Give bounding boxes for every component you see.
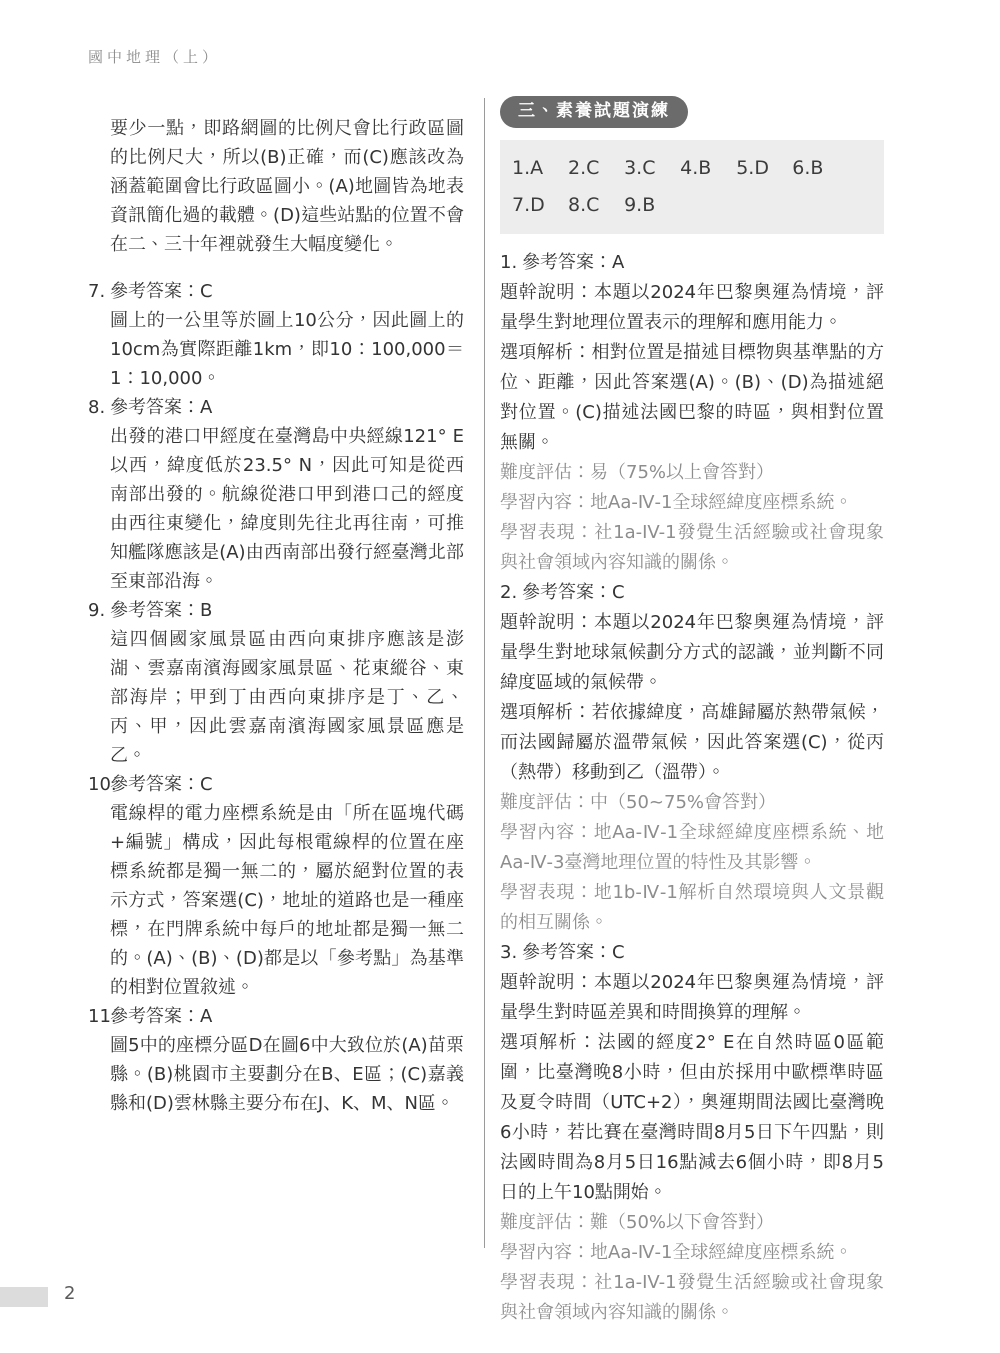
section-title-badge: 三、素養試題演練	[500, 96, 688, 128]
column-divider	[484, 98, 485, 1248]
learning-performance-note: 學習表現：地1b-Ⅳ-1解析自然環境與人文景觀的相互關係。	[500, 878, 884, 938]
footer-decoration-bar	[0, 1287, 48, 1307]
difficulty-note: 難度評估：中（50~75%會答對）	[500, 788, 884, 818]
answer-line: 參考答案：A	[522, 248, 624, 278]
learning-performance-note: 學習表現：社1a-IV-1發覺生活經驗或社會現象與社會領域內容知識的關係。	[500, 518, 884, 578]
explanation-item-1: 1. 參考答案：A 題幹說明：本題以2024年巴黎奧運為情境，評量學生對地理位置…	[500, 248, 884, 578]
item-body: 參考答案：B 這四個國家風景區由西向東排序應該是澎湖、雲嘉南濱海國家風景區、花東…	[110, 596, 464, 770]
answer-item-7: 7. 參考答案：C 圖上的一公里等於圖上10公分，因此圖上的10cm為實際距離1…	[88, 277, 464, 393]
answer-item-10: 10. 參考答案：C 電線桿的電力座標系統是由「所在區塊代碼+編號」構成，因此每…	[88, 770, 464, 1002]
item-number: 9.	[88, 596, 110, 625]
answer-heading: 1. 參考答案：A	[500, 248, 884, 278]
answer-item-9: 9. 參考答案：B 這四個國家風景區由西向東排序應該是澎湖、雲嘉南濱海國家風景區…	[88, 596, 464, 770]
answer-line: 參考答案：A	[110, 1002, 464, 1031]
page-number: 2	[64, 1283, 75, 1304]
item-number: 8.	[88, 393, 110, 422]
stem-explanation: 題幹說明：本題以2024年巴黎奧運為情境，評量學生對時區差異和時間換算的理解。	[500, 968, 884, 1028]
stem-explanation: 題幹說明：本題以2024年巴黎奧運為情境，評量學生對地理位置表示的理解和應用能力…	[500, 278, 884, 338]
learning-content-note: 學習內容：地Aa-Ⅳ-1全球經緯度座標系統、地Aa-Ⅳ-3臺灣地理位置的特性及其…	[500, 818, 884, 878]
answer-key-entry: 4.B	[680, 150, 730, 187]
answer-key-entry: 9.B	[624, 187, 674, 224]
answer-item-8: 8. 參考答案：A 出發的港口甲經度在臺灣島中央經線121° E以西，緯度低於2…	[88, 393, 464, 596]
left-column: 要少一點，即路網圖的比例尺會比行政區圖的比例尺大，所以(B)正確，而(C)應該改…	[88, 96, 464, 1118]
stem-explanation: 題幹說明：本題以2024年巴黎奧運為情境，評量學生對地球氣候劃分方式的認識，並判…	[500, 608, 884, 698]
learning-content-note: 學習內容：地Aa-Ⅳ-1全球經緯度座標系統。	[500, 488, 884, 518]
answer-line: 參考答案：C	[522, 578, 625, 608]
right-column: 三、素養試題演練 1.A 2.C 3.C 4.B 5.D 6.B 7.D 8.C…	[500, 96, 884, 1328]
option-analysis: 選項解析：若依據緯度，高雄歸屬於熱帶氣候，而法國歸屬於溫帶氣候，因此答案選(C)…	[500, 698, 884, 788]
answer-key-entry: 7.D	[512, 187, 562, 224]
item-number: 2.	[500, 578, 522, 608]
answer-line: 參考答案：C	[110, 770, 464, 799]
explanation-text: 出發的港口甲經度在臺灣島中央經線121° E以西，緯度低於23.5° N，因此可…	[110, 422, 464, 596]
item-number: 11.	[88, 1002, 110, 1031]
learning-performance-note: 學習表現：社1a-IV-1發覺生活經驗或社會現象與社會領域內容知識的關係。	[500, 1268, 884, 1328]
item-number: 10.	[88, 770, 110, 799]
book-title-header: 國中地理（上）	[88, 46, 221, 67]
answer-line: 參考答案：C	[110, 277, 464, 306]
document-page: 國中地理（上） 要少一點，即路網圖的比例尺會比行政區圖的比例尺大，所以(B)正確…	[0, 0, 1000, 1353]
answer-key-entry: 2.C	[568, 150, 618, 187]
explanation-text: 電線桿的電力座標系統是由「所在區塊代碼+編號」構成，因此每根電線桿的位置在座標系…	[110, 799, 464, 1002]
explanation-item-3: 3. 參考答案：C 題幹說明：本題以2024年巴黎奧運為情境，評量學生對時區差異…	[500, 938, 884, 1328]
difficulty-note: 難度評估：易（75%以上會答對）	[500, 458, 884, 488]
option-analysis: 選項解析：相對位置是描述目標物與基準點的方位、距離，因此答案選(A)。(B)、(…	[500, 338, 884, 458]
item-number: 7.	[88, 277, 110, 306]
answer-key-box: 1.A 2.C 3.C 4.B 5.D 6.B 7.D 8.C 9.B	[500, 140, 884, 234]
answer-key-entry: 5.D	[736, 150, 786, 187]
explanation-text: 這四個國家風景區由西向東排序應該是澎湖、雲嘉南濱海國家風景區、花東縱谷、東部海岸…	[110, 625, 464, 770]
item-body: 參考答案：C 圖上的一公里等於圖上10公分，因此圖上的10cm為實際距離1km，…	[110, 277, 464, 393]
answer-line: 參考答案：C	[522, 938, 625, 968]
answer-item-11: 11. 參考答案：A 圖5中的座標分區D在圖6中大致位於(A)苗栗縣。(B)桃園…	[88, 1002, 464, 1118]
answer-key-entry: 6.B	[792, 150, 842, 187]
answer-key-entry: 8.C	[568, 187, 618, 224]
answer-line: 參考答案：B	[110, 596, 464, 625]
continued-paragraph: 要少一點，即路網圖的比例尺會比行政區圖的比例尺大，所以(B)正確，而(C)應該改…	[110, 114, 464, 259]
explanation-text: 圖上的一公里等於圖上10公分，因此圖上的10cm為實際距離1km，即10：100…	[110, 306, 464, 393]
difficulty-note: 難度評估：難（50%以下會答對）	[500, 1208, 884, 1238]
item-number: 1.	[500, 248, 522, 278]
learning-content-note: 學習內容：地Aa-Ⅳ-1全球經緯度座標系統。	[500, 1238, 884, 1268]
explanation-text: 圖5中的座標分區D在圖6中大致位於(A)苗栗縣。(B)桃園市主要劃分在B、E區；…	[110, 1031, 464, 1118]
answer-line: 參考答案：A	[110, 393, 464, 422]
item-body: 參考答案：A 出發的港口甲經度在臺灣島中央經線121° E以西，緯度低於23.5…	[110, 393, 464, 596]
item-body: 參考答案：A 圖5中的座標分區D在圖6中大致位於(A)苗栗縣。(B)桃園市主要劃…	[110, 1002, 464, 1118]
answer-key-entry: 1.A	[512, 150, 562, 187]
answer-key-entry: 3.C	[624, 150, 674, 187]
answer-heading: 2. 參考答案：C	[500, 578, 884, 608]
option-analysis: 選項解析：法國的經度2° E在自然時區0區範圍，比臺灣晚8小時，但由於採用中歐標…	[500, 1028, 884, 1208]
explanation-item-2: 2. 參考答案：C 題幹說明：本題以2024年巴黎奧運為情境，評量學生對地球氣候…	[500, 578, 884, 938]
answer-heading: 3. 參考答案：C	[500, 938, 884, 968]
item-number: 3.	[500, 938, 522, 968]
item-body: 參考答案：C 電線桿的電力座標系統是由「所在區塊代碼+編號」構成，因此每根電線桿…	[110, 770, 464, 1002]
